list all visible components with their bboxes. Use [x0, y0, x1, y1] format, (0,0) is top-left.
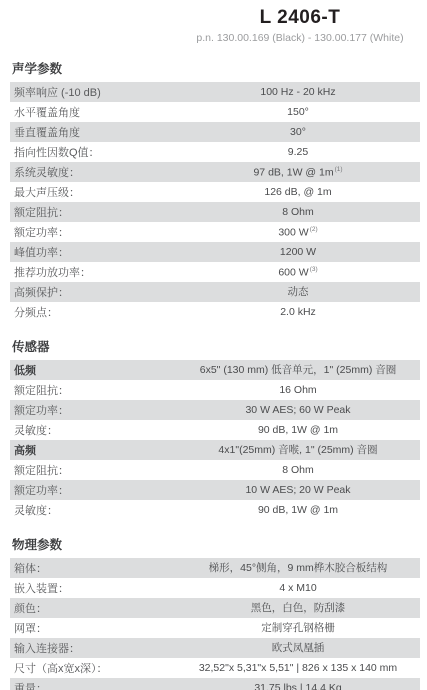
- row-value-text: 30°: [290, 126, 306, 138]
- row-value: 9.25: [178, 146, 418, 158]
- row-value: 600 W(3): [178, 266, 418, 279]
- row-label: 网罩：: [14, 620, 47, 636]
- spec-section: 物理参数箱体：梯形，45°侧角，9 mm桦木胶合板结构嵌入装置：4 x M10颜…: [10, 535, 420, 690]
- row-label: 额定阻抗：: [14, 382, 69, 398]
- spec-sheet-page: L 2406-T p.n. 130.00.169 (Black) - 130.0…: [0, 0, 427, 690]
- table-row: 额定阻抗：8 Ohm: [10, 460, 420, 480]
- row-label: 高频: [14, 442, 36, 458]
- row-value-text: 31.75 lbs | 14.4 Kg: [254, 682, 341, 690]
- spec-section: 声学参数频率响应 (-10 dB)100 Hz - 20 kHz水平覆盖角度15…: [10, 59, 420, 322]
- table-row: 灵敏度：90 dB, 1W @ 1m: [10, 420, 420, 440]
- row-label: 额定功率：: [14, 402, 69, 418]
- row-value: 4 x M10: [178, 582, 418, 594]
- table-row: 额定功率：300 W(2): [10, 222, 420, 242]
- row-value: 黑色，白色，防刮漆: [178, 600, 418, 615]
- section-rows: 箱体：梯形，45°侧角，9 mm桦木胶合板结构嵌入装置：4 x M10颜色：黑色…: [10, 558, 420, 690]
- row-value-text: 8 Ohm: [282, 206, 314, 218]
- row-value: 8 Ohm: [178, 206, 418, 218]
- row-value: 126 dB, @ 1m: [178, 186, 418, 198]
- header: L 2406-T p.n. 130.00.169 (Black) - 130.0…: [173, 0, 427, 44]
- row-value: 梯形，45°侧角，9 mm桦木胶合板结构: [178, 560, 418, 575]
- row-value: 32,52"x 5,31"x 5,51" | 826 x 135 x 140 m…: [178, 662, 418, 674]
- table-row: 推荐功放功率：600 W(3): [10, 262, 420, 282]
- row-label: 最大声压级：: [14, 184, 80, 200]
- row-value: 动态: [178, 284, 418, 299]
- row-value: 150°: [178, 106, 418, 118]
- table-row: 低频6x5" (130 mm) 低音单元，1" (25mm) 音圈: [10, 360, 420, 380]
- row-value: 100 Hz - 20 kHz: [178, 86, 418, 98]
- row-value-text: 600 W: [278, 266, 308, 278]
- footnote-marker: (1): [335, 166, 343, 173]
- row-label: 重量：: [14, 680, 47, 690]
- row-value-text: 动态: [288, 286, 309, 298]
- row-value-text: 16 Ohm: [279, 384, 316, 396]
- table-row: 嵌入装置：4 x M10: [10, 578, 420, 598]
- row-label: 灵敏度：: [14, 502, 58, 518]
- table-row: 输入连接器：欧式凤凰插: [10, 638, 420, 658]
- row-label: 分频点：: [14, 304, 58, 320]
- table-row: 高频4x1"(25mm) 音喉, 1" (25mm) 音圈: [10, 440, 420, 460]
- row-value-text: 90 dB, 1W @ 1m: [258, 504, 338, 516]
- table-row: 峰值功率：1200 W: [10, 242, 420, 262]
- table-row: 重量：31.75 lbs | 14.4 Kg: [10, 678, 420, 690]
- table-row: 额定阻抗：8 Ohm: [10, 202, 420, 222]
- section-heading: 传感器: [12, 337, 420, 355]
- table-row: 额定功率：10 W AES; 20 W Peak: [10, 480, 420, 500]
- row-value-text: 1200 W: [280, 246, 316, 258]
- row-value: 欧式凤凰插: [178, 640, 418, 655]
- section-heading: 物理参数: [12, 535, 420, 553]
- row-value: 4x1"(25mm) 音喉, 1" (25mm) 音圈: [178, 442, 418, 457]
- row-label: 频率响应 (-10 dB): [14, 84, 101, 100]
- table-row: 额定阻抗：16 Ohm: [10, 380, 420, 400]
- row-value: 6x5" (130 mm) 低音单元，1" (25mm) 音圈: [178, 362, 418, 377]
- row-label: 额定功率：: [14, 224, 69, 240]
- section-rows: 低频6x5" (130 mm) 低音单元，1" (25mm) 音圈额定阻抗：16…: [10, 360, 420, 520]
- row-value-text: 126 dB, @ 1m: [264, 186, 331, 198]
- table-row: 水平覆盖角度150°: [10, 102, 420, 122]
- table-row: 尺寸（高x宽x深）：32,52"x 5,31"x 5,51" | 826 x 1…: [10, 658, 420, 678]
- row-label: 垂直覆盖角度: [14, 124, 80, 140]
- row-label: 嵌入装置：: [14, 580, 69, 596]
- row-label: 推荐功放功率：: [14, 264, 91, 280]
- row-value: 定制穿孔钢格栅: [178, 620, 418, 635]
- table-row: 箱体：梯形，45°侧角，9 mm桦木胶合板结构: [10, 558, 420, 578]
- row-value-text: 4 x M10: [279, 582, 316, 594]
- row-value-text: 9.25: [288, 146, 308, 158]
- row-label: 箱体：: [14, 560, 47, 576]
- row-value: 8 Ohm: [178, 464, 418, 476]
- row-value-text: 32,52"x 5,31"x 5,51" | 826 x 135 x 140 m…: [199, 662, 397, 674]
- row-value: 10 W AES; 20 W Peak: [178, 484, 418, 496]
- row-value-text: 黑色，白色，防刮漆: [251, 602, 346, 614]
- table-row: 最大声压级：126 dB, @ 1m: [10, 182, 420, 202]
- table-row: 垂直覆盖角度30°: [10, 122, 420, 142]
- row-label: 输入连接器：: [14, 640, 80, 656]
- row-label: 额定功率：: [14, 482, 69, 498]
- row-value-text: 150°: [287, 106, 309, 118]
- row-label: 尺寸（高x宽x深）：: [14, 660, 108, 676]
- row-value-text: 欧式凤凰插: [272, 642, 325, 654]
- part-numbers: p.n. 130.00.169 (Black) - 130.00.177 (Wh…: [173, 32, 427, 44]
- row-label: 颜色：: [14, 600, 47, 616]
- product-title: L 2406-T: [173, 7, 427, 29]
- footnote-marker: (2): [310, 226, 318, 233]
- row-value-text: 10 W AES; 20 W Peak: [245, 484, 350, 496]
- row-value: 300 W(2): [178, 226, 418, 239]
- table-row: 颜色：黑色，白色，防刮漆: [10, 598, 420, 618]
- row-value-text: 4x1"(25mm) 音喉, 1" (25mm) 音圈: [218, 444, 377, 456]
- row-label: 高频保护：: [14, 284, 69, 300]
- row-value-text: 2.0 kHz: [280, 306, 316, 318]
- row-value-text: 90 dB, 1W @ 1m: [258, 424, 338, 436]
- row-value: 30°: [178, 126, 418, 138]
- row-value: 1200 W: [178, 246, 418, 258]
- table-row: 灵敏度：90 dB, 1W @ 1m: [10, 500, 420, 520]
- row-label: 峰值功率：: [14, 244, 69, 260]
- row-label: 水平覆盖角度: [14, 104, 80, 120]
- row-value: 30 W AES; 60 W Peak: [178, 404, 418, 416]
- row-value-text: 300 W: [278, 226, 308, 238]
- row-value-text: 97 dB, 1W @ 1m: [253, 166, 333, 178]
- row-value-text: 100 Hz - 20 kHz: [260, 86, 335, 98]
- footnote-marker: (3): [310, 266, 318, 273]
- row-label: 额定阻抗：: [14, 462, 69, 478]
- row-label: 灵敏度：: [14, 422, 58, 438]
- row-label: 指向性因数Q值：: [14, 144, 100, 160]
- row-value: 2.0 kHz: [178, 306, 418, 318]
- row-label: 额定阻抗：: [14, 204, 69, 220]
- row-value-text: 8 Ohm: [282, 464, 314, 476]
- spec-sections: 声学参数频率响应 (-10 dB)100 Hz - 20 kHz水平覆盖角度15…: [10, 59, 420, 690]
- section-heading: 声学参数: [12, 59, 420, 77]
- row-value: 31.75 lbs | 14.4 Kg: [178, 682, 418, 690]
- row-label: 系统灵敏度：: [14, 164, 80, 180]
- table-row: 指向性因数Q值：9.25: [10, 142, 420, 162]
- table-row: 网罩：定制穿孔钢格栅: [10, 618, 420, 638]
- row-value: 90 dB, 1W @ 1m: [178, 504, 418, 516]
- row-value-text: 定制穿孔钢格栅: [261, 622, 335, 634]
- row-label: 低频: [14, 362, 36, 378]
- table-row: 额定功率：30 W AES; 60 W Peak: [10, 400, 420, 420]
- row-value: 90 dB, 1W @ 1m: [178, 424, 418, 436]
- table-row: 高频保护：动态: [10, 282, 420, 302]
- row-value-text: 30 W AES; 60 W Peak: [245, 404, 350, 416]
- table-row: 分频点：2.0 kHz: [10, 302, 420, 322]
- row-value: 97 dB, 1W @ 1m(1): [178, 166, 418, 179]
- table-row: 系统灵敏度：97 dB, 1W @ 1m(1): [10, 162, 420, 182]
- row-value: 16 Ohm: [178, 384, 418, 396]
- spec-section: 传感器低频6x5" (130 mm) 低音单元，1" (25mm) 音圈额定阻抗…: [10, 337, 420, 520]
- section-rows: 频率响应 (-10 dB)100 Hz - 20 kHz水平覆盖角度150°垂直…: [10, 82, 420, 322]
- row-value-text: 6x5" (130 mm) 低音单元，1" (25mm) 音圈: [200, 364, 396, 376]
- table-row: 频率响应 (-10 dB)100 Hz - 20 kHz: [10, 82, 420, 102]
- row-value-text: 梯形，45°侧角，9 mm桦木胶合板结构: [209, 562, 388, 574]
